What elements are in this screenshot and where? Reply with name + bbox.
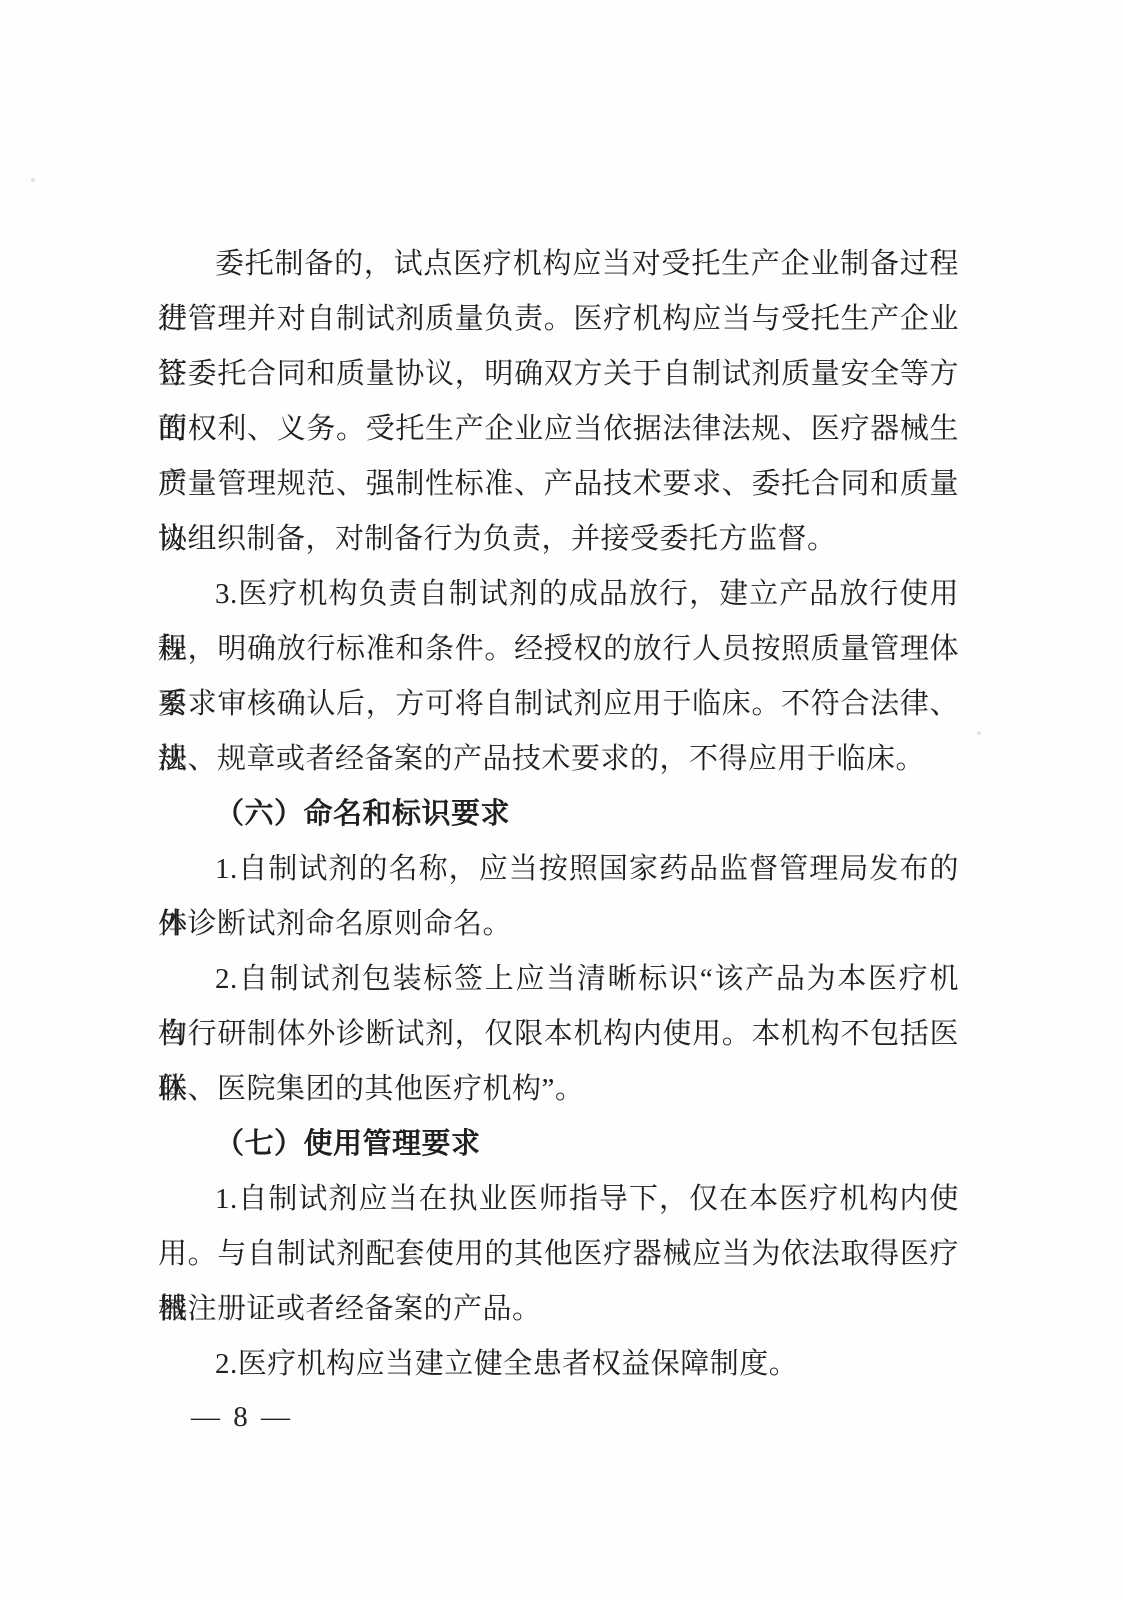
- text-line: 1.自制试剂应当在执业医师指导下，仅在本医疗机构内使: [158, 1172, 959, 1227]
- text-line: 械注册证或者经备案的产品。: [158, 1282, 959, 1337]
- section-heading: （七）使用管理要求: [158, 1117, 959, 1172]
- text-line: 3.医疗机构负责自制试剂的成品放行，建立产品放行使用规: [158, 567, 959, 622]
- scan-artifact: [31, 178, 35, 182]
- text-line: 质量管理规范、强制性标准、产品技术要求、委托合同和质量协: [158, 457, 959, 512]
- text-line: 议组织制备，对制备行为负责，并接受委托方监督。: [158, 512, 959, 567]
- section-heading: （六）命名和标识要求: [158, 787, 959, 842]
- text-line: 2.医疗机构应当建立健全患者权益保障制度。: [158, 1337, 959, 1392]
- page-number: — 8 —: [191, 1395, 293, 1440]
- text-line: 2.自制试剂包装标签上应当清晰标识“该产品为本医疗机构: [158, 952, 959, 1007]
- text-line: 程，明确放行标准和条件。经授权的放行人员按照质量管理体系: [158, 622, 959, 677]
- text-line: 用。与自制试剂配套使用的其他医疗器械应当为依法取得医疗器: [158, 1227, 959, 1282]
- text-line: 自行研制体外诊断试剂，仅限本机构内使用。本机构不包括医联: [158, 1007, 959, 1062]
- text-line: 要求审核确认后，方可将自制试剂应用于临床。不符合法律、法: [158, 677, 959, 732]
- text-line: 外诊断试剂命名原则命名。: [158, 897, 959, 952]
- scan-artifact: [977, 731, 981, 735]
- document-page: 委托制备的，试点医疗机构应当对受托生产企业制备过程进 行管理并对自制试剂质量负责…: [0, 0, 1123, 1600]
- text-line: 的权利、义务。受托生产企业应当依据法律法规、医疗器械生产: [158, 402, 959, 457]
- text-line: 规、规章或者经备案的产品技术要求的，不得应用于临床。: [158, 732, 959, 787]
- text-line: 委托制备的，试点医疗机构应当对受托生产企业制备过程进: [158, 237, 959, 292]
- text-line: 订委托合同和质量协议，明确双方关于自制试剂质量安全等方面: [158, 347, 959, 402]
- document-body: 委托制备的，试点医疗机构应当对受托生产企业制备过程进 行管理并对自制试剂质量负责…: [158, 237, 959, 1392]
- text-line: 行管理并对自制试剂质量负责。医疗机构应当与受托生产企业签: [158, 292, 959, 347]
- text-line: 1.自制试剂的名称，应当按照国家药品监督管理局发布的体: [158, 842, 959, 897]
- text-line: 体、医院集团的其他医疗机构”。: [158, 1062, 959, 1117]
